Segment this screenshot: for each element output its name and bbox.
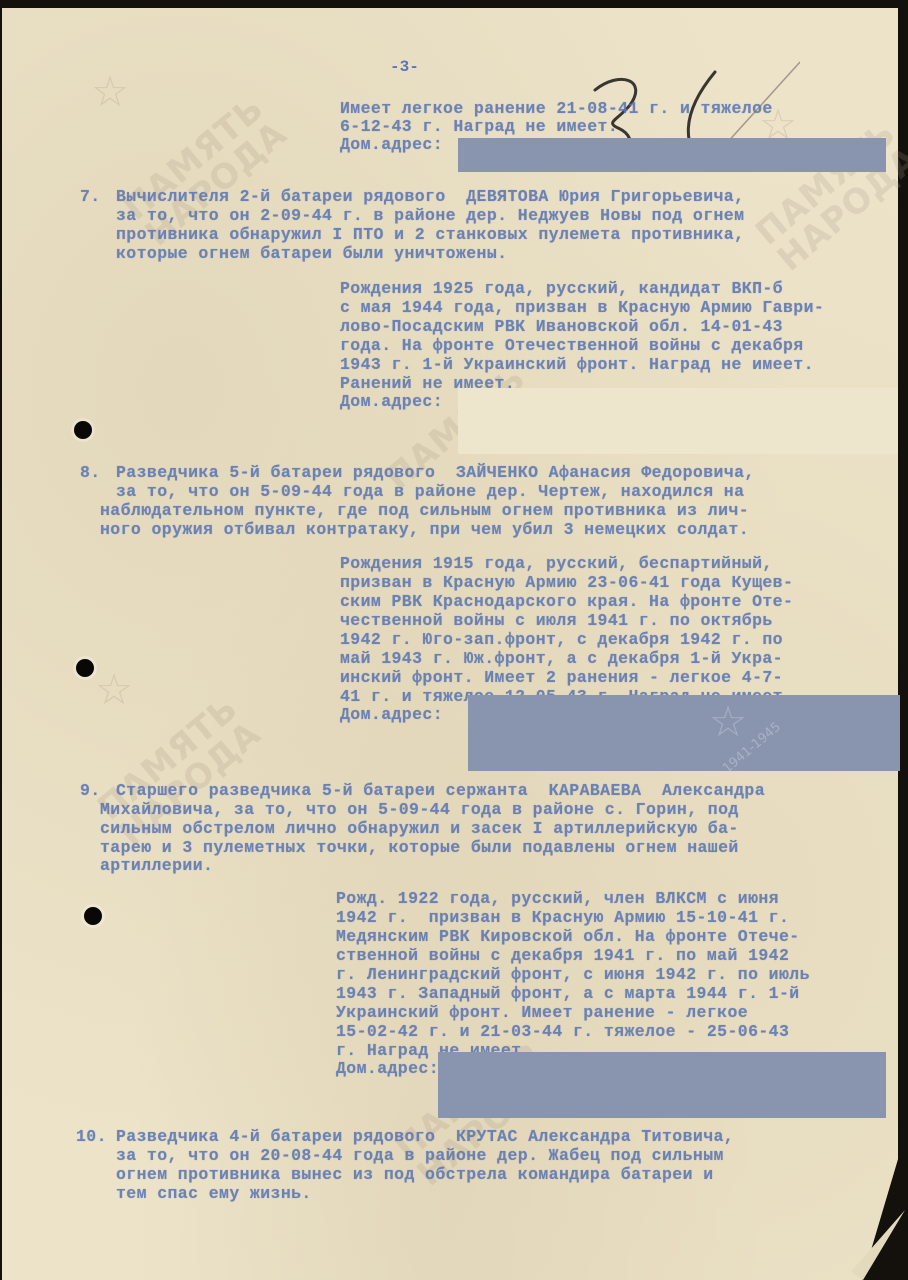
text-line: с мая 1944 года, призван в Красную Армию… [340, 299, 824, 317]
punch-hole [76, 659, 94, 677]
text-line: 1942 г. призван в Красную Армию 15-10-41… [336, 909, 789, 927]
text-line: тем спас ему жизнь. [116, 1185, 312, 1203]
text-line: Украинский фронт. Имеет ранение - легкое [336, 1004, 748, 1022]
text-line: Рождения 1925 года, русский, кандидат ВК… [340, 280, 783, 298]
entry-number: 7. [80, 188, 101, 206]
text-line: 1943 г. Западный фронт, а с марта 1944 г… [336, 985, 800, 1003]
entry-number: 8. [80, 464, 101, 482]
text-line: Медянским РВК Кировской обл. На фронте О… [336, 928, 800, 946]
text-line: артиллерии. [100, 857, 213, 875]
text-line: наблюдательном пункте, где под сильным о… [100, 502, 749, 520]
text-line: сильным обстрелом лично обнаружил и засе… [100, 820, 739, 838]
punch-hole [74, 421, 92, 439]
redaction-box [438, 1052, 886, 1118]
text-line: Дом.адрес: [340, 136, 443, 154]
text-line: 1942 г. Юго-зап.фронт, с декабря 1942 г.… [340, 631, 783, 649]
text-line: ного оружия отбивал контратаку, при чем … [100, 521, 749, 539]
text-line: г. Ленинградский фронт, с июня 1942 г. п… [336, 966, 810, 984]
entry-number: 10. [76, 1128, 107, 1146]
text-line: лово-Посадским РВК Ивановской обл. 14-01… [340, 318, 783, 336]
text-line: Вычислителя 2-й батареи рядового ДЕВЯТОВ… [116, 188, 744, 206]
text-line: Разведчика 5-й батареи рядового ЗАЙЧЕНКО… [116, 464, 755, 482]
text-line: 15-02-42 г. и 21-03-44 г. тяжелое - 25-0… [336, 1023, 789, 1041]
text-line: призван в Красную Армию 23-06-41 года Ку… [340, 574, 793, 592]
text-line: противника обнаружил I ПТО и 2 станковых… [116, 226, 744, 244]
text-line: Дом.адрес: [340, 706, 443, 724]
redaction-box [458, 138, 886, 172]
text-line: за то, что он 20-08-44 года в районе дер… [116, 1147, 724, 1165]
text-line: Рождения 1915 года, русский, беспартийны… [340, 555, 773, 573]
punch-hole [84, 907, 102, 925]
text-line: за то, что он 2-09-44 г. в районе дер. Н… [116, 207, 744, 225]
text-line: 6-12-43 г. Наград не имеет. [340, 118, 618, 136]
text-line: огнем противника вынес из под обстрела к… [116, 1166, 714, 1184]
redaction-box [458, 388, 898, 454]
text-line: май 1943 г. Юж.фронт, а с декабря 1-й Ук… [340, 650, 783, 668]
text-line: Разведчика 4-й батареи рядового КРУТАС А… [116, 1128, 734, 1146]
text-line: за то, что он 5-09-44 года в районе дер.… [116, 483, 744, 501]
redaction-box [468, 695, 900, 771]
entry-number: 9. [80, 782, 101, 800]
text-line: Старшего разведчика 5-й батареи сержанта… [116, 782, 765, 800]
text-line: Дом.адрес: [340, 393, 443, 411]
text-line: которые огнем батареи были уничтожены. [116, 245, 507, 263]
text-line: 1943 г. 1-й Украинский фронт. Наград не … [340, 356, 814, 374]
text-line: Имеет легкое ранение 21-08-41 г. и тяжел… [340, 100, 773, 118]
text-line: года. На фронте Отечественной войны с де… [340, 337, 804, 355]
text-line: ственной войны с декабря 1941 г. по май … [336, 947, 789, 965]
text-line: чественной войны с июля 1941 г. по октяб… [340, 612, 773, 630]
text-line: Рожд. 1922 года, русский, член ВЛКСМ с и… [336, 890, 779, 908]
text-line: Дом.адрес: [336, 1060, 439, 1078]
text-line: инский фронт. Имеет 2 ранения - легкое 4… [340, 669, 783, 687]
text-line: Михайловича, за то, что он 5-09-44 года … [100, 801, 739, 819]
text-line: ским РВК Краснодарского края. На фронте … [340, 593, 793, 611]
text-line: тарею и 3 пулеметных точки, которые были… [100, 839, 739, 857]
